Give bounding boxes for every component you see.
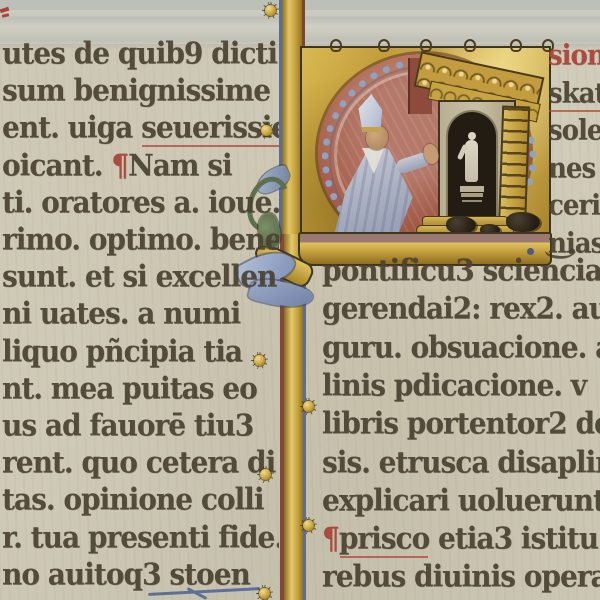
text-line: pontificu3 sciencia. l <box>322 254 600 290</box>
body-text: us ad fauorē tiu3 <box>2 408 253 443</box>
rocks <box>506 212 540 232</box>
body-text: rebus diuinis opera <box>322 559 600 594</box>
text-line: sunt. et si excellen <box>2 260 276 296</box>
rubric-text: sion <box>548 40 600 72</box>
body-text: ti. oratores a. ioue. <box>2 185 279 220</box>
body-text: sole <box>548 115 600 147</box>
body-text: utes de quib9 dicti <box>2 36 277 71</box>
right-text-column-wide: pontificu3 sciencia. lgerendai2: rex2. a… <box>318 250 600 600</box>
text-line: rebus diuinis opera <box>322 560 600 596</box>
text-line: rent. quo cetera di <box>2 446 275 482</box>
text-line: gerendai2: rex2. aucto <box>322 292 600 328</box>
rubric-text: ¶ <box>322 521 339 556</box>
body-text: liquo pñcipia tia <box>2 334 242 369</box>
text-line: oicant. ¶Nam si <box>2 149 232 185</box>
idol-figure <box>465 140 478 182</box>
text-line: tas. opinione colli <box>2 483 263 519</box>
text-line: rimo. optimo. bene <box>2 223 279 259</box>
body-text: rent. quo cetera di <box>2 445 275 480</box>
right-text-column-narrow: sionskatsolenescerinias <box>546 0 600 270</box>
text-line: ent. uiga seuerissie <box>2 111 279 147</box>
text-line: explicari uoluerunt <box>322 484 600 520</box>
body-text: oicant. <box>2 148 111 183</box>
idol-pedestal <box>460 186 484 192</box>
text-line: sum benignissime i <box>2 74 279 110</box>
body-text: skat <box>548 78 600 110</box>
text-line: us ad fauorē tiu3 <box>2 409 253 445</box>
gold-sun-boss <box>300 398 317 415</box>
body-text: nes <box>548 153 595 185</box>
body-text: r. tua presenti fide. <box>2 520 279 555</box>
text-line: ti. oratores a. ioue. <box>2 186 279 222</box>
text-line: r. tua presenti fide. <box>2 521 279 557</box>
body-text: linis pdicacione. v <box>322 368 586 403</box>
body-text: libris portentor2 dep <box>322 406 600 441</box>
body-text: gerendai2: rex2. aucto <box>322 291 600 326</box>
manuscript-page: utes de quib9 dictisum benignissime ient… <box>0 0 600 600</box>
body-text: pontificu3 sciencia. l <box>322 253 600 288</box>
text-line: utes de quib9 dicti <box>2 37 277 73</box>
gold-sun-boss <box>257 466 274 483</box>
text-line: nt. mea puitas eo <box>2 372 257 408</box>
text-line: linis pdicacione. v <box>322 369 586 405</box>
body-text: explicari uoluerunt <box>322 483 600 518</box>
text-line: no auitoq3 stoen <box>2 558 250 594</box>
text-line: ni uates. a numi <box>2 297 240 333</box>
body-text: rimo. optimo. bene <box>2 222 279 257</box>
text-line: ¶prisco etia3 istitu <box>322 522 598 558</box>
left-text-column: utes de quib9 dictisum benignissime ient… <box>0 0 279 600</box>
body-text: etia3 istitu <box>429 521 598 556</box>
body-text: tas. opinione colli <box>2 482 263 517</box>
text-line: libris portentor2 dep <box>322 407 600 443</box>
text-line: guru. obsuacione. a <box>322 331 600 367</box>
shrine-niche <box>448 112 496 228</box>
gold-sun-boss <box>258 122 275 139</box>
text-line: skat <box>548 76 600 112</box>
miniature-medallion <box>300 48 547 234</box>
body-text: prisco <box>339 521 429 556</box>
body-text: ceri <box>548 190 600 222</box>
body-text: sum benignissime i <box>2 73 279 108</box>
gold-sun-boss <box>256 585 273 600</box>
text-line: sion <box>548 39 600 75</box>
body-text: sunt. et si excellen <box>2 259 276 294</box>
body-text: Nam si <box>128 148 232 183</box>
body-text: ni uates. a numi <box>2 296 240 331</box>
body-text: nt. mea puitas eo <box>2 371 257 406</box>
text-line: nes <box>548 151 595 187</box>
body-text: ent. uiga <box>2 110 141 145</box>
body-text: guru. obsuacione. a <box>322 330 600 365</box>
body-text: sis. etrusca disaplin <box>322 444 600 479</box>
rubric-text: ¶ <box>111 148 128 183</box>
gold-sun-boss <box>300 517 317 534</box>
text-line: liquo pñcipia tia <box>2 335 242 371</box>
text-line: sis. etrusca disaplin <box>322 445 600 481</box>
body-text: no auitoq3 stoen <box>2 557 250 592</box>
gold-sun-boss <box>251 352 268 369</box>
text-line: ceri <box>548 189 600 225</box>
text-line: sole <box>548 114 600 150</box>
gold-sun-boss <box>262 2 279 19</box>
